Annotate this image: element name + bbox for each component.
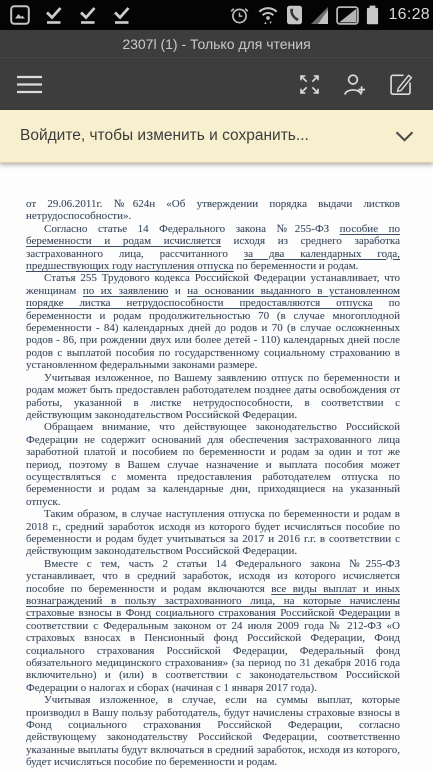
wifi-icon [257,5,279,25]
document-page: от 29.06.2011г. №624н «Об утверждении по… [0,163,433,769]
paragraph: Учитывая изложенное, по Вашему заявлению… [26,372,400,422]
add-person-icon [342,73,368,96]
fullscreen-icon [298,73,321,96]
title-bar: 2307l (1) - Только для чтения [0,30,433,57]
sim-phone-icon [286,5,303,25]
download-complete-icon [111,5,132,25]
paragraph: Учитывая изложенное, в случае, если на с… [26,694,400,768]
screenshot-icon [10,5,30,25]
add-person-button[interactable] [332,61,378,107]
signin-banner[interactable]: Войдите, чтобы изменить и сохранить... [0,110,433,163]
app-screen: 16:28 2307l (1) - Только для чтения [0,0,433,770]
paragraph: от 29.06.2011г. №624н «Об утверждении по… [26,198,400,223]
document-title: 2307l (1) - Только для чтения [122,36,310,52]
text-run: в соответствии с Федеральным законом от … [26,607,400,693]
signin-banner-message: Войдите, чтобы изменить и сохранить... [20,127,389,145]
paragraph: Таким образом, в случае наступления отпу… [26,508,400,558]
status-bar-system-icons: 16:28 [229,5,430,25]
underlined-text: по их заявлению [83,285,169,297]
text-run: и [168,285,187,297]
chevron-down-icon [395,131,414,142]
paragraph: Обращаем внимание, что действующее закон… [26,421,400,508]
document-viewport[interactable]: от 29.06.2011г. №624н «Об утверждении по… [0,163,433,770]
download-complete-icon [77,5,98,25]
text-run: по беременности и родам. [234,260,359,272]
text-run: от 29.06.2011г. №624н «Об утверждении по… [26,198,400,222]
paragraph: Статья 255 Трудового кодекса Российской … [26,272,400,371]
fullscreen-button[interactable] [286,61,332,107]
text-run: Учитывая изложенное, в случае, если на с… [26,694,400,768]
status-bar: 16:28 [0,0,433,30]
signal-strength-icon [310,6,329,25]
alarm-icon [229,5,250,25]
status-bar-notifications [10,5,132,25]
toolbar [0,57,433,110]
paragraph: Согласно статье 14 Федерального закона №… [26,223,400,273]
menu-button[interactable] [6,61,52,107]
edit-button[interactable] [378,61,424,107]
banner-expand-control[interactable] [389,127,420,146]
text-run: Согласно статье 14 Федерального закона №… [44,223,340,235]
battery-icon [366,5,379,25]
download-complete-icon [43,5,64,25]
clock-time: 16:28 [386,6,430,24]
edit-document-icon [389,73,413,96]
text-run: Обращаем внимание, что действующее закон… [26,421,400,507]
paragraph: Вместе с тем, часть 2 статьи 14 Федераль… [26,558,400,694]
text-run: Учитывая изложенное, по Вашему заявлению… [26,372,400,421]
text-run: Таким образом, в случае наступления отпу… [26,508,400,557]
hamburger-menu-icon [16,75,43,94]
screen-rotation-icon [336,6,359,25]
